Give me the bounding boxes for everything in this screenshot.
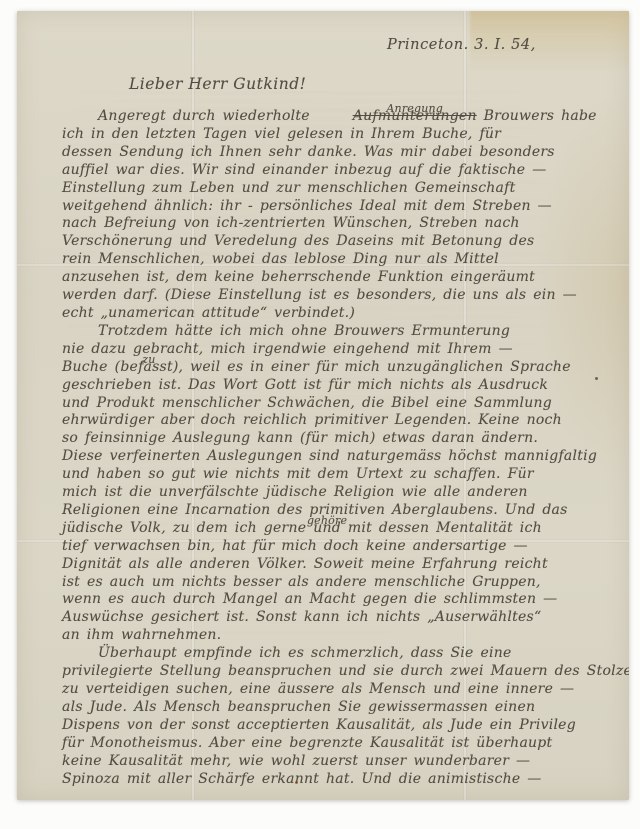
line-text: weil es in einer für mich unzugänglichen…: [183, 359, 570, 375]
handwriting-line: jüdische Volk, zu dem ich gerne gehöreun…: [62, 520, 629, 538]
handwriting-line: werden darf. (Diese Einstellung ist es b…: [62, 287, 629, 305]
handwriting-line: Dignität als alle anderen Völker. Soweit…: [62, 556, 629, 574]
handwriting-line: anzusehen ist, dem keine beherrschende F…: [62, 269, 629, 287]
handwriting-line: ich in den letzten Tagen viel gelesen in…: [62, 126, 629, 144]
salutation: Lieber Herr Gutkind!: [129, 75, 306, 93]
handwriting-line: Buche zu(befasst), weil es in einer für …: [62, 359, 629, 377]
paragraph-1: Angeregt durch wiederholte AnregungAufmu…: [62, 108, 629, 323]
handwriting-line: so feinsinnige Auslegung kann (für mich)…: [62, 430, 629, 448]
inserted-word: Anregung: [350, 103, 443, 114]
handwriting-line: zu verteidigen suchen, eine äussere als …: [62, 681, 629, 699]
inserted-word: zu: [142, 354, 155, 365]
handwriting-line: Angeregt durch wiederholte AnregungAufmu…: [62, 108, 629, 126]
handwriting-line: an ihm wahrnehmen.: [62, 627, 629, 645]
handwriting-line: für Monotheismus. Aber eine begrenzte Ka…: [62, 735, 629, 753]
handwriting-line: Spinoza mit aller Schärfe erkannt hat. U…: [62, 771, 629, 789]
handwriting-line: geschrieben ist. Das Wort Gott ist für m…: [62, 377, 629, 395]
handwriting-line: Trotzdem hätte ich mich ohne Brouwers Er…: [62, 323, 629, 341]
handwriting-line: echt „unamerican attitude“ verbindet.): [62, 305, 629, 323]
handwriting-line: rein Menschlichen, wobei das leblose Din…: [62, 251, 629, 269]
handwriting-line: Überhaupt empfinde ich es schmerzlich, d…: [62, 645, 629, 663]
line-text: Brouwers habe: [477, 108, 597, 124]
handwriting-line: ehrwürdiger aber doch reichlich primitiv…: [62, 412, 629, 430]
handwriting-line: Dispens von der sonst acceptierten Kausa…: [62, 717, 629, 735]
handwriting-line: Verschönerung und Veredelung des Daseins…: [62, 233, 629, 251]
paragraph-2: Trotzdem hätte ich mich ohne Brouwers Er…: [62, 323, 629, 645]
handwriting-line: privilegierte Stellung beanspruchen und …: [62, 663, 629, 681]
handwriting-line: Auswüchse gesichert ist. Sonst kann ich …: [62, 609, 629, 627]
line-text: Angeregt durch wiederholte: [98, 108, 317, 124]
handwriting-line: Diese verfeinerten Auslegungen sind natu…: [62, 448, 629, 466]
handwriting-line: und haben so gut wie nichts mit dem Urte…: [62, 466, 629, 484]
place-date: Princeton. 3. I. 54,: [387, 37, 536, 53]
inserted-word: gehöre: [307, 515, 347, 526]
handwriting-line: weitgehend ähnlich: ihr - persönliches I…: [62, 198, 629, 216]
handwriting-line: als Jude. Als Mensch beanspruchen Sie ge…: [62, 699, 629, 717]
line-text: jüdische Volk, zu dem ich gerne: [62, 520, 313, 536]
handwriting-line: nach Befreiung von ich-zentrierten Wünsc…: [62, 215, 629, 233]
handwriting-line: und Produkt menschlicher Schwächen, die …: [62, 395, 629, 413]
handwriting-line: auffiel war dies. Wir sind einander inbe…: [62, 162, 629, 180]
line-text: mit dessen Mentalität ich: [341, 520, 542, 536]
handwriting-line: dessen Sendung ich Ihnen sehr danke. Was…: [62, 144, 629, 162]
handwriting-line: tief verwachsen bin, hat für mich doch k…: [62, 538, 629, 556]
handwriting-line: keine Kausalität mehr, wie wohl zuerst u…: [62, 753, 629, 771]
correction: zu(befasst),: [115, 359, 184, 377]
line-text: Buche: [62, 359, 115, 375]
correction: gehöreund: [313, 520, 341, 538]
handwriting-line: Einstellung zum Leben und zur menschlich…: [62, 180, 629, 198]
scanned-letter-background: Princeton. 3. I. 54, Lieber Herr Gutkind…: [0, 0, 640, 829]
correction: AnregungAufmunterungen: [317, 108, 477, 126]
handwriting-line: mich ist die unverfälschte jüdische Reli…: [62, 484, 629, 502]
letter-paper: Princeton. 3. I. 54, Lieber Herr Gutkind…: [17, 11, 629, 800]
letter-body: Angeregt durch wiederholte AnregungAufmu…: [62, 108, 629, 788]
paragraph-3: Überhaupt empfinde ich es schmerzlich, d…: [62, 645, 629, 788]
handwriting-line: ist es auch um nichts besser als andere …: [62, 574, 629, 592]
handwriting-line: wenn es auch durch Mangel an Macht gegen…: [62, 591, 629, 609]
